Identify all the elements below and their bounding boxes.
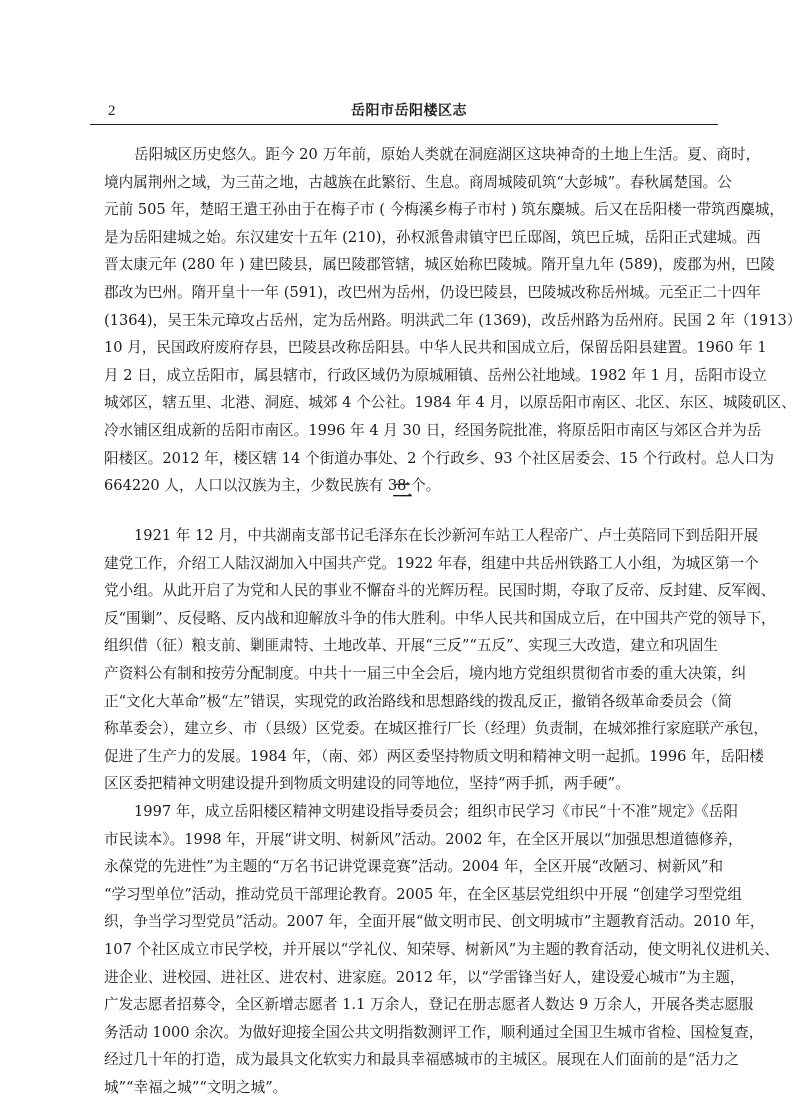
text-line: 城郊区，辖五里、北港、洞庭、城郊 4 个公社。1984 年 4 月，以原岳阳市南… bbox=[104, 389, 718, 417]
text-line: 1997 年，成立岳阳楼区精神文明建设指导委员会；组织市民学习《市民“十不准”规… bbox=[104, 798, 718, 826]
text-line: 107 个社区成立市民学校，并开展以“学礼仪、知荣辱、树新风”为主题的教育活动，… bbox=[104, 936, 718, 964]
section-heading: 二 bbox=[0, 478, 805, 502]
text-line: 1921 年 12 月，中共湖南支部书记毛泽东在长沙新河车站工人程帝广、卢士英陪… bbox=[104, 522, 718, 550]
text-line: 进企业、进校园、进社区、进农村、进家庭。2012 年，以“学雷锋当好人，建设爱心… bbox=[104, 964, 718, 992]
text-line: “学习型单位”活动，推动党员干部理论教育。2005 年，在全区基层党组织中开展 … bbox=[104, 881, 718, 909]
text-line: 组织借（征）粮支前、剿匪肃特、土地改革、开展“三反”“五反”、实现三大改造，建立… bbox=[104, 632, 718, 660]
text-line: 郡改为巴州。隋开皇十一年 (591)，改巴州为岳州，仍设巴陵县，巴陵城改称岳州城… bbox=[104, 279, 718, 307]
text-line: 反“围剿”、反侵略、反内战和迎解放斗争的伟大胜利。中华人民共和国成立后，在中国共… bbox=[104, 605, 718, 633]
text-line: 元前 505 年，楚昭王遣王孙由于在梅子市 ( 今梅溪乡梅子市村 ) 筑东麋城。… bbox=[104, 196, 718, 224]
text-line: 党小组。从此开启了为党和人民的事业不懈奋斗的光辉历程。民国时期，夺取了反帝、反封… bbox=[104, 577, 718, 605]
paragraph-party-history: 1921 年 12 月，中共湖南支部书记毛泽东在长沙新河车站工人程帝广、卢士英陪… bbox=[104, 522, 718, 1099]
text-line: 务活动 1000 余次。为做好迎接全国公共文明指数测评工作，顺利通过全国卫生城市… bbox=[104, 1019, 718, 1047]
text-line: (1364)，吴王朱元璋攻占岳州，定为岳州路。明洪武二年 (1369)，改岳州路… bbox=[104, 307, 718, 335]
text-line: 建党工作，介绍工人陆汉湖加入中国共产党。1922 年春，组建中共岳州铁路工人小组… bbox=[104, 550, 718, 578]
header-rule bbox=[90, 124, 718, 125]
text-line: 境内属荆州之域，为三苗之地，古越族在此繁衍、生息。商周城陵矶筑“大彭城”。春秋属… bbox=[104, 169, 718, 197]
text-line: 晋太康元年 (280 年 ) 建巴陵县，属巴陵郡管辖，城区始称巴陵城。隋开皇九年… bbox=[104, 251, 718, 279]
text-line: 月 2 日，成立岳阳市，属县辖市，行政区域仍为原城厢镇、岳州公社地域。1982 … bbox=[104, 362, 718, 390]
text-line: 区区委把精神文明建设提升到物质文明建设的同等地位，坚持“两手抓，两手硬”。 bbox=[104, 770, 718, 798]
paragraph-history-overview: 岳阳城区历史悠久。距今 20 万年前，原始人类就在洞庭湖区这块神奇的土地上生活。… bbox=[104, 141, 718, 500]
text-line: 产资料公有制和按劳分配制度。中共十一届三中全会后，境内地方党组织贯彻省市委的重大… bbox=[104, 660, 718, 688]
text-line: 促进了生产力的发展。1984 年，（南、郊）两区委坚持物质文明和精神文明一起抓。… bbox=[104, 743, 718, 771]
text-line: 广发志愿者招募令，全区新增志愿者 1.1 万余人，登记在册志愿者人数达 9 万余… bbox=[104, 991, 718, 1019]
text-line: 是为岳阳建城之始。东汉建安十五年 (210)，孙权派鲁肃镇守巴丘邸阁，筑巴丘城，… bbox=[104, 224, 718, 252]
text-line: 冷水铺区组成新的岳阳市南区。1996 年 4 月 30 日，经国务院批准，将原岳… bbox=[104, 417, 718, 445]
text-line: 市民读本》。1998 年，开展“讲文明、树新风”活动。2002 年，在全区开展以… bbox=[104, 826, 718, 854]
text-line: 称革委会），建立乡、市（县级）区党委。在城区推行厂长（经理）负责制，在城郊推行家… bbox=[104, 715, 718, 743]
running-header: 2 岳阳市岳阳楼区志 bbox=[100, 100, 718, 124]
book-page: 2 岳阳市岳阳楼区志 岳阳城区历史悠久。距今 20 万年前，原始人类就在洞庭湖区… bbox=[0, 0, 805, 1099]
text-line: 永葆党的先进性”为主题的“万名书记讲党课竞赛”活动。2004 年，全区开展“改陋… bbox=[104, 853, 718, 881]
text-line: 阳楼区。2012 年，楼区辖 14 个街道办事处、2 个行政乡、93 个社区居委… bbox=[104, 445, 718, 473]
text-line: 正“文化大革命”极“左”错误，实现党的政治路线和思想路线的拨乱反正，撤销各级革命… bbox=[104, 688, 718, 716]
text-line: 岳阳城区历史悠久。距今 20 万年前，原始人类就在洞庭湖区这块神奇的土地上生活。… bbox=[104, 141, 718, 169]
text-line: 经过几十年的打造，成为最具文化软实力和最具幸福感城市的主城区。展现在人们面前的是… bbox=[104, 1046, 718, 1074]
text-line: 织，争当学习型党员”活动。2007 年，全面开展“做文明市民、创文明城市”主题教… bbox=[104, 908, 718, 936]
text-line: 10 月，民国政府废府存县，巴陵县改称岳阳县。中华人民共和国成立后，保留岳阳县建… bbox=[104, 334, 718, 362]
text-line: 城”“幸福之城”“文明之城”。 bbox=[104, 1074, 718, 1099]
running-title: 岳阳市岳阳楼区志 bbox=[100, 100, 718, 122]
